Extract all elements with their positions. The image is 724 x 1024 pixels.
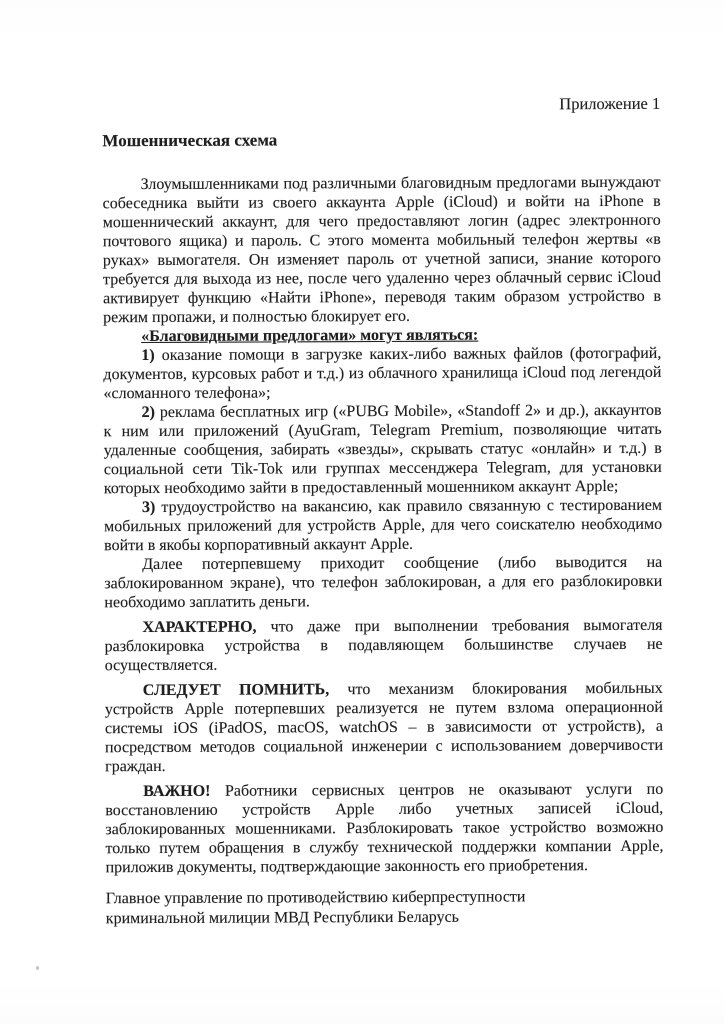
paragraph-important-lead: ВАЖНО!	[143, 783, 210, 800]
footer-line-2: криминальной милиции МВД Республики Бела…	[106, 906, 664, 928]
document-title: Мошенническая схема	[102, 128, 660, 151]
paragraph-characteristic: ХАРАКТЕРНО, что даже при выполнении треб…	[104, 616, 662, 675]
list-item-1-number: 1)	[141, 347, 154, 364]
document-body: Злоумышленниками под различными благовид…	[103, 173, 664, 928]
paragraph-remember: СЛЕДУЕТ ПОМНИТЬ, что механизм блокирован…	[105, 679, 663, 776]
document-page: Приложение 1 Мошенническая схема Злоумыш…	[0, 0, 724, 1024]
list-item-3-text: трудоустройство на вакансию, как правило…	[104, 497, 662, 554]
paragraph-characteristic-lead: ХАРАКТЕРНО,	[142, 619, 256, 636]
paragraph-intro-text: Злоумышленниками под различными благовид…	[103, 174, 661, 326]
list-item-3-number: 3)	[142, 499, 155, 516]
subheading-pretexts: «Благовидными предлогами» могут являться…	[103, 325, 661, 346]
paragraph-intro: Злоумышленниками под различными благовид…	[103, 173, 662, 327]
paragraph-message: Далее потерпевшему приходит сообщение (л…	[104, 553, 662, 612]
list-item-2: 2) реклама бесплатных игр («PUBG Mobile»…	[104, 401, 662, 498]
list-item-3: 3) трудоустройство на вакансию, как прав…	[104, 496, 662, 555]
list-item-2-number: 2)	[142, 404, 155, 421]
appendix-label: Приложение 1	[102, 94, 660, 116]
paragraph-important: ВАЖНО! Работники сервисных центров не ок…	[105, 780, 663, 877]
document-footer: Главное управление по противодействию ки…	[106, 887, 664, 928]
paragraph-remember-lead: СЛЕДУЕТ ПОМНИТЬ,	[143, 681, 330, 699]
document-content: Приложение 1 Мошенническая схема Злоумыш…	[102, 94, 664, 928]
footer-line-1: Главное управление по противодействию ки…	[106, 887, 664, 909]
list-item-2-text: реклама бесплатных игр («PUBG Mobile», «…	[104, 402, 662, 497]
list-item-1: 1) оказание помощи в загрузке каких-либо…	[103, 344, 661, 403]
paragraph-message-text: Далее потерпевшему приходит сообщение (л…	[104, 554, 662, 611]
list-item-1-text: оказание помощи в загрузке каких-либо ва…	[103, 345, 661, 402]
scan-speck	[36, 966, 39, 970]
